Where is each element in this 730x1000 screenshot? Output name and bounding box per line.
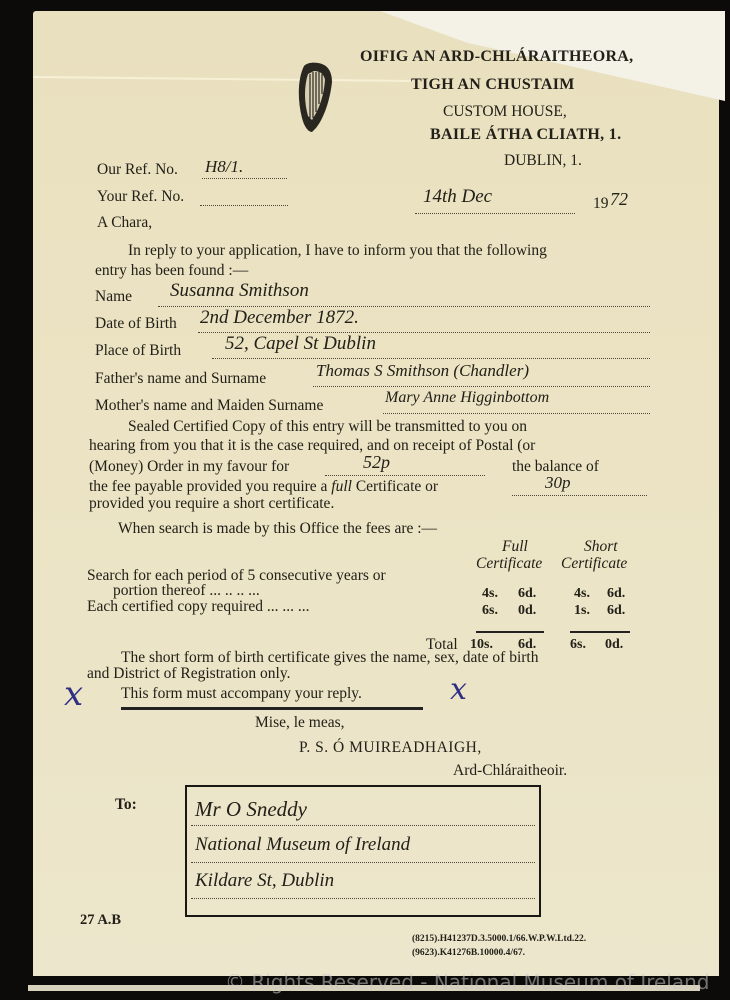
mother-field[interactable]: Mary Anne Higginbottom — [385, 389, 549, 407]
letterhead-line-5: DUBLIN, 1. — [504, 152, 582, 170]
total-short-s: 6s. — [570, 637, 586, 653]
fees-col-short-1: Short — [584, 538, 618, 556]
date-dots — [415, 213, 575, 214]
your-ref-field[interactable] — [200, 205, 288, 206]
accompany-underline — [121, 707, 423, 710]
certified-copy-line-5: provided you require a short certificate… — [89, 495, 334, 513]
address-line-2[interactable]: National Museum of Ireland — [195, 834, 410, 856]
our-ref-field[interactable]: H8/1. — [205, 157, 243, 177]
short-amount-dots — [512, 495, 647, 496]
our-ref-label: Our Ref. No. — [97, 161, 178, 179]
father-dots — [313, 386, 650, 387]
letterhead-line-3: CUSTOM HOUSE, — [443, 103, 567, 121]
sign-off: Mise, le meas, — [255, 714, 345, 732]
print-code-1: (8215).H41237D.3.5000.1/66.W.P.W.Ltd.22. — [412, 934, 586, 944]
letterhead-line-2: TIGH AN CHUSTAIM — [411, 76, 575, 94]
signatory: P. S. Ó MUIREADHAIGH, — [299, 739, 482, 757]
certified-copy-line-4: the fee payable provided you require a f… — [89, 478, 438, 496]
fees-intro: When search is made by this Office the f… — [118, 520, 437, 538]
intro-line-2: entry has been found :— — [95, 262, 248, 280]
certified-copy-line-1: Sealed Certified Copy of this entry will… — [128, 418, 527, 436]
address-dots-3 — [191, 898, 535, 899]
certified-copy-line-2: hearing from you that it is the case req… — [89, 437, 535, 455]
date-day-month[interactable]: 14th Dec — [423, 186, 492, 208]
name-field[interactable]: Susanna Smithson — [170, 280, 309, 302]
short-total-rule — [570, 631, 630, 633]
fees-col-full-2: Certificate — [476, 555, 542, 573]
short-form-note-line-2: and District of Registration only. — [87, 665, 290, 683]
address-line-1[interactable]: Mr O Sneddy — [195, 797, 307, 822]
address-box: Mr O Sneddy National Museum of Ireland K… — [185, 785, 541, 917]
harp-emblem-icon — [294, 58, 338, 136]
full-amount-dots — [325, 475, 485, 476]
name-label: Name — [95, 288, 132, 306]
fee-row-1-short-d: 6d. — [607, 586, 625, 602]
full-total-rule — [476, 631, 544, 633]
mother-dots — [383, 413, 650, 414]
fee-row-1-short-s: 4s. — [574, 586, 590, 602]
letterhead-line-4: BAILE ÁTHA CLIATH, 1. — [430, 126, 621, 144]
total-short-d: 0d. — [605, 637, 623, 653]
fee-row-1-full-s: 4s. — [482, 586, 498, 602]
fee-row-2-short-d: 6d. — [607, 603, 625, 619]
signatory-title: Ard-Chláraitheoir. — [453, 762, 567, 780]
date-year-handwritten[interactable]: 72 — [610, 189, 628, 210]
intro-line-1: In reply to your application, I have to … — [128, 242, 547, 260]
accompany-note: This form must accompany your reply. — [121, 685, 362, 703]
fee-row-2-full-s: 6s. — [482, 603, 498, 619]
copyright-watermark: © Rights Reserved - National Museum of I… — [225, 970, 710, 994]
fee-row-2-short-s: 1s. — [574, 603, 590, 619]
mother-label: Mother's name and Maiden Surname — [95, 397, 323, 415]
pob-field[interactable]: 52, Capel St Dublin — [225, 333, 376, 355]
address-line-3[interactable]: Kildare St, Dublin — [195, 870, 334, 892]
form-code: 27 A.B — [80, 912, 121, 929]
letterhead-line-1: OIFIG AN ARD-CHLÁRAITHEORA, — [360, 48, 633, 66]
address-dots-1 — [191, 825, 535, 826]
date-year-printed: 19 — [593, 195, 609, 213]
fee-row-2-label: Each certified copy required ... ... ... — [87, 598, 310, 616]
father-field[interactable]: Thomas S Smithson (Chandler) — [316, 361, 529, 381]
dob-field[interactable]: 2nd December 1872. — [200, 307, 359, 329]
print-code-2: (9623).K41276B.10000.4/67. — [412, 948, 525, 958]
handwritten-x-right: x — [450, 672, 467, 707]
fees-col-full-1: Full — [502, 538, 528, 556]
address-dots-2 — [191, 862, 535, 863]
full-amount-field[interactable]: 52p — [363, 452, 390, 473]
certified-copy-line-3-pre: (Money) Order in my favour for — [89, 458, 289, 476]
fees-col-short-2: Certificate — [561, 555, 627, 573]
our-ref-dots — [202, 178, 287, 179]
pob-label: Place of Birth — [95, 342, 181, 360]
handwritten-x-left: x — [64, 674, 83, 714]
father-label: Father's name and Surname — [95, 370, 266, 388]
your-ref-label: Your Ref. No. — [97, 188, 184, 206]
dob-label: Date of Birth — [95, 315, 177, 333]
short-amount-field[interactable]: 30p — [545, 473, 571, 493]
fee-row-2-full-d: 0d. — [518, 603, 536, 619]
to-label: To: — [115, 796, 137, 814]
fee-row-1-full-d: 6d. — [518, 586, 536, 602]
salutation: A Chara, — [97, 214, 152, 232]
pob-dots — [212, 358, 650, 359]
